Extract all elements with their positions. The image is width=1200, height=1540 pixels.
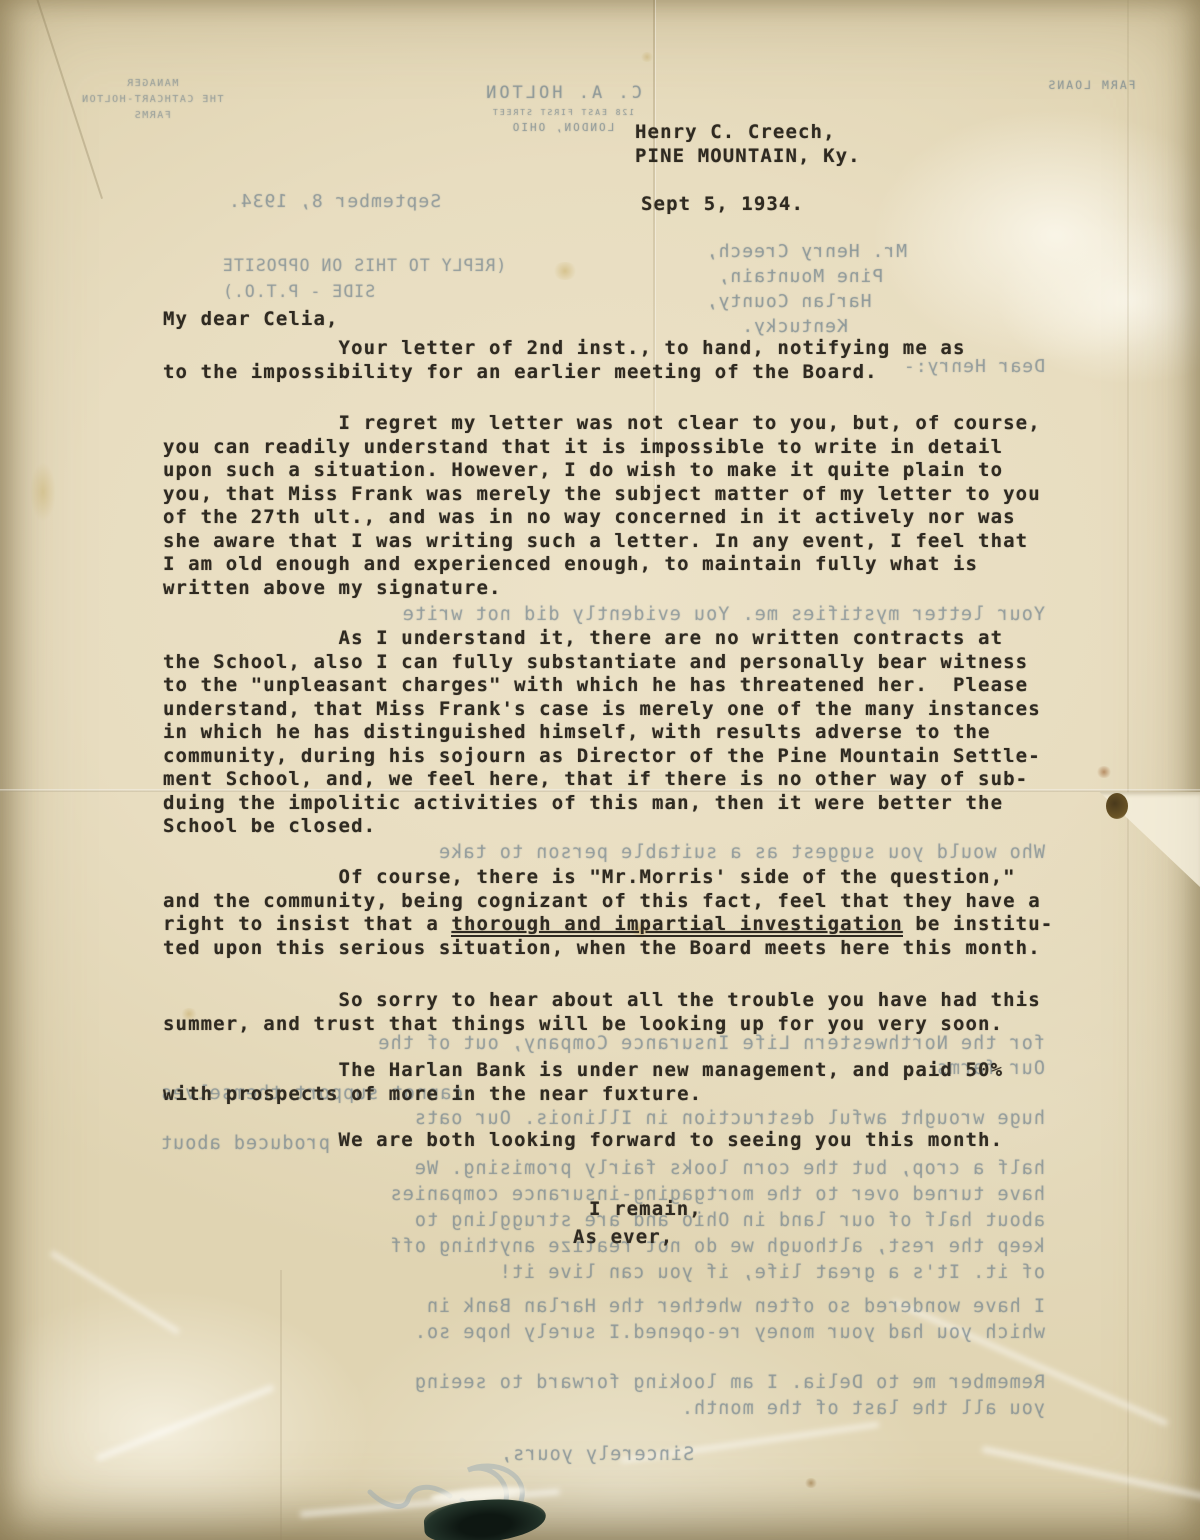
paragraph-4: Of course, there is "Mr.Morris' side of … xyxy=(163,866,1093,960)
bleed-through-line: huge wrought awful destruction in Illino… xyxy=(160,1108,1045,1129)
recipient-block: Henry C. Creech, PINE MOUNTAIN, Ky. xyxy=(635,120,861,168)
stain xyxy=(1096,766,1112,778)
paragraph-5: So sorry to hear about all the trouble y… xyxy=(163,989,1083,1036)
bleed-through-corner-left: MANAGER THE CATHCART-HOLTON FARMS xyxy=(62,76,242,124)
stain xyxy=(640,52,654,62)
paragraph-1: Your letter of 2nd inst., to hand, notif… xyxy=(163,337,1073,384)
bleed-through-line: of it. It's a great life, if you can liv… xyxy=(160,1262,1045,1283)
closing-line-2: As ever, xyxy=(573,1226,673,1250)
tear-stain xyxy=(1106,793,1128,819)
stain xyxy=(30,462,56,522)
bleed-through-letterhead-street: 128 EAST FIRST STREET xyxy=(455,106,670,120)
bleed-through-corner-right: FARM LOANS xyxy=(1016,78,1166,92)
bleed-through-line: you all the last of the month. xyxy=(160,1398,1045,1419)
paragraph-6: The Harlan Bank is under new management,… xyxy=(163,1059,1083,1106)
salutation: My dear Celia, xyxy=(163,308,339,332)
letter-date: Sept 5, 1934. xyxy=(641,193,804,217)
torn-edge-flap xyxy=(1086,792,1200,887)
underlined-phrase: thorough and impartial investigation xyxy=(451,913,902,937)
bleed-through-line: which you had your money re-opened.I sur… xyxy=(160,1322,1045,1343)
letter-page: MANAGER THE CATHCART-HOLTON FARMS C. A. … xyxy=(0,0,1200,1540)
bleed-through-date: September 8, 1934. xyxy=(160,191,1045,212)
bleed-through-line: I have wondered so often whether the Har… xyxy=(160,1296,1045,1317)
bleed-through-reply-note: (REPLY TO THIS ON OPPOSITE SIDE - P.T.O.… xyxy=(160,253,1045,305)
stain xyxy=(804,1478,818,1488)
bleed-through-line: Who would you suggest as a suitable pers… xyxy=(160,842,1045,863)
paragraph-7: We are both looking forward to seeing yo… xyxy=(163,1129,1083,1153)
bleed-through-address: Mr. Henry Creech, Pine Mountain, Harlan … xyxy=(655,239,907,339)
bleed-through-line: half a crop, but the corn looks fairly p… xyxy=(160,1158,1045,1179)
paragraph-3: As I understand it, there are no written… xyxy=(163,627,1083,839)
closing-line-1: I remain, xyxy=(589,1198,702,1222)
bleed-through-line: Your letter mystifies me. You evidently … xyxy=(160,604,1045,625)
bleed-through-line: Remember me to Delia. I am looking forwa… xyxy=(160,1372,1045,1393)
vertical-fold-crease xyxy=(1127,0,1129,1540)
bleed-through-letterhead-name: C. A. HOLTON xyxy=(455,80,670,106)
paragraph-2: I regret my letter was not clear to you,… xyxy=(163,412,1083,600)
bleed-through-line: for the Northwestern Life Insurance Comp… xyxy=(160,1033,1045,1054)
